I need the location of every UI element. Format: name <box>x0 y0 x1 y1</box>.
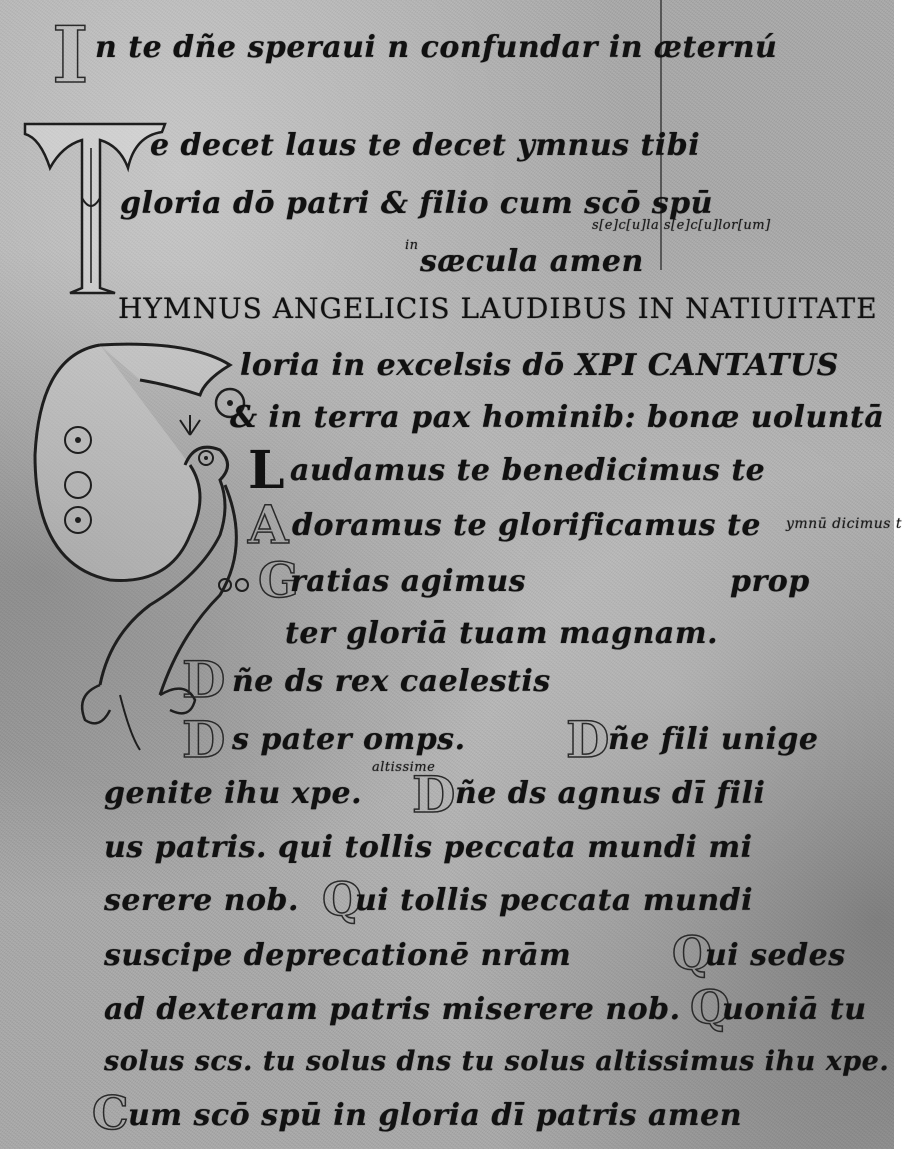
text-line-filius-patris: us patris. qui tollis peccata mundi mi <box>104 830 753 865</box>
text-line-3: gloria dō patri & filio cum scō spū <box>120 186 713 221</box>
initial-c: C <box>92 1086 129 1140</box>
text-line-domine-rex: ñe ds rex caelestis <box>232 664 551 699</box>
initial-a: A <box>248 495 288 556</box>
text-line-qui-sedes: ui sedes <box>705 938 846 973</box>
text-line-qui-tollis: ui tollis peccata mundi <box>355 883 753 918</box>
gloss-in: in <box>405 238 419 253</box>
text-line-agnus-dei: ñe ds agnus dī fili <box>455 776 765 811</box>
text-line-cum-sancto: um scō spū in gloria dī patris amen <box>128 1098 742 1133</box>
rubric-heading: HYMNUS ANGELICIS LAUDIBUS IN NATIUITATE <box>118 292 878 325</box>
text-line-laudamus: audamus te benedicimus te <box>290 453 765 488</box>
text-line-adoramus: doramus te glorificamus te <box>292 508 761 543</box>
text-line-propter-gloriam: ter gloriā tuam magnam. <box>285 616 718 651</box>
text-line-1: n te dñe speraui n confundar in æternú <box>95 30 777 65</box>
gloss-ymnum-dicimus: ymnū dicimus tibi <box>786 516 902 532</box>
text-line-gratias-prop: prop <box>730 564 810 599</box>
initial-d-4: D <box>412 765 455 824</box>
text-line-gratias: ratias agimus <box>290 564 526 599</box>
text-line-miserere: serere nob. <box>104 883 299 918</box>
text-line-gloria: loria in excelsis dō XPI CANTATUS <box>240 348 839 383</box>
text-line-2: e decet laus te decet ymnus tibi <box>150 128 700 163</box>
initial-d-2: D <box>182 710 225 769</box>
manuscript-page: I n te dñe speraui n confundar in æternú… <box>0 0 894 1149</box>
text-line-domine-fili: ñe fili unige <box>608 722 818 757</box>
text-line-4: sæcula amen <box>420 244 644 279</box>
text-line-deus-pater: s pater omps. <box>232 722 466 757</box>
text-line-quoniam: uoniā tu <box>722 992 867 1027</box>
initial-l: L <box>248 440 285 501</box>
text-line-unigenite: genite ihu xpe. <box>104 776 362 811</box>
text-line-suscipe: suscipe deprecationē nrām <box>104 938 571 973</box>
text-line-solus-sanctus: solus scs. tu solus dns tu solus altissi… <box>104 1046 889 1077</box>
initial-d-1: D <box>182 650 225 709</box>
text-line-in-terra: & in terra pax hominib: bonæ uoluntā <box>230 400 884 435</box>
gloss-secula: s[e]c[u]la s[e]c[u]lor[um] <box>592 218 771 233</box>
text-line-ad-dexteram: ad dexteram patris miserere nob. <box>104 992 681 1027</box>
initial-d-3: D <box>566 710 609 769</box>
initial-i: I <box>52 10 89 101</box>
